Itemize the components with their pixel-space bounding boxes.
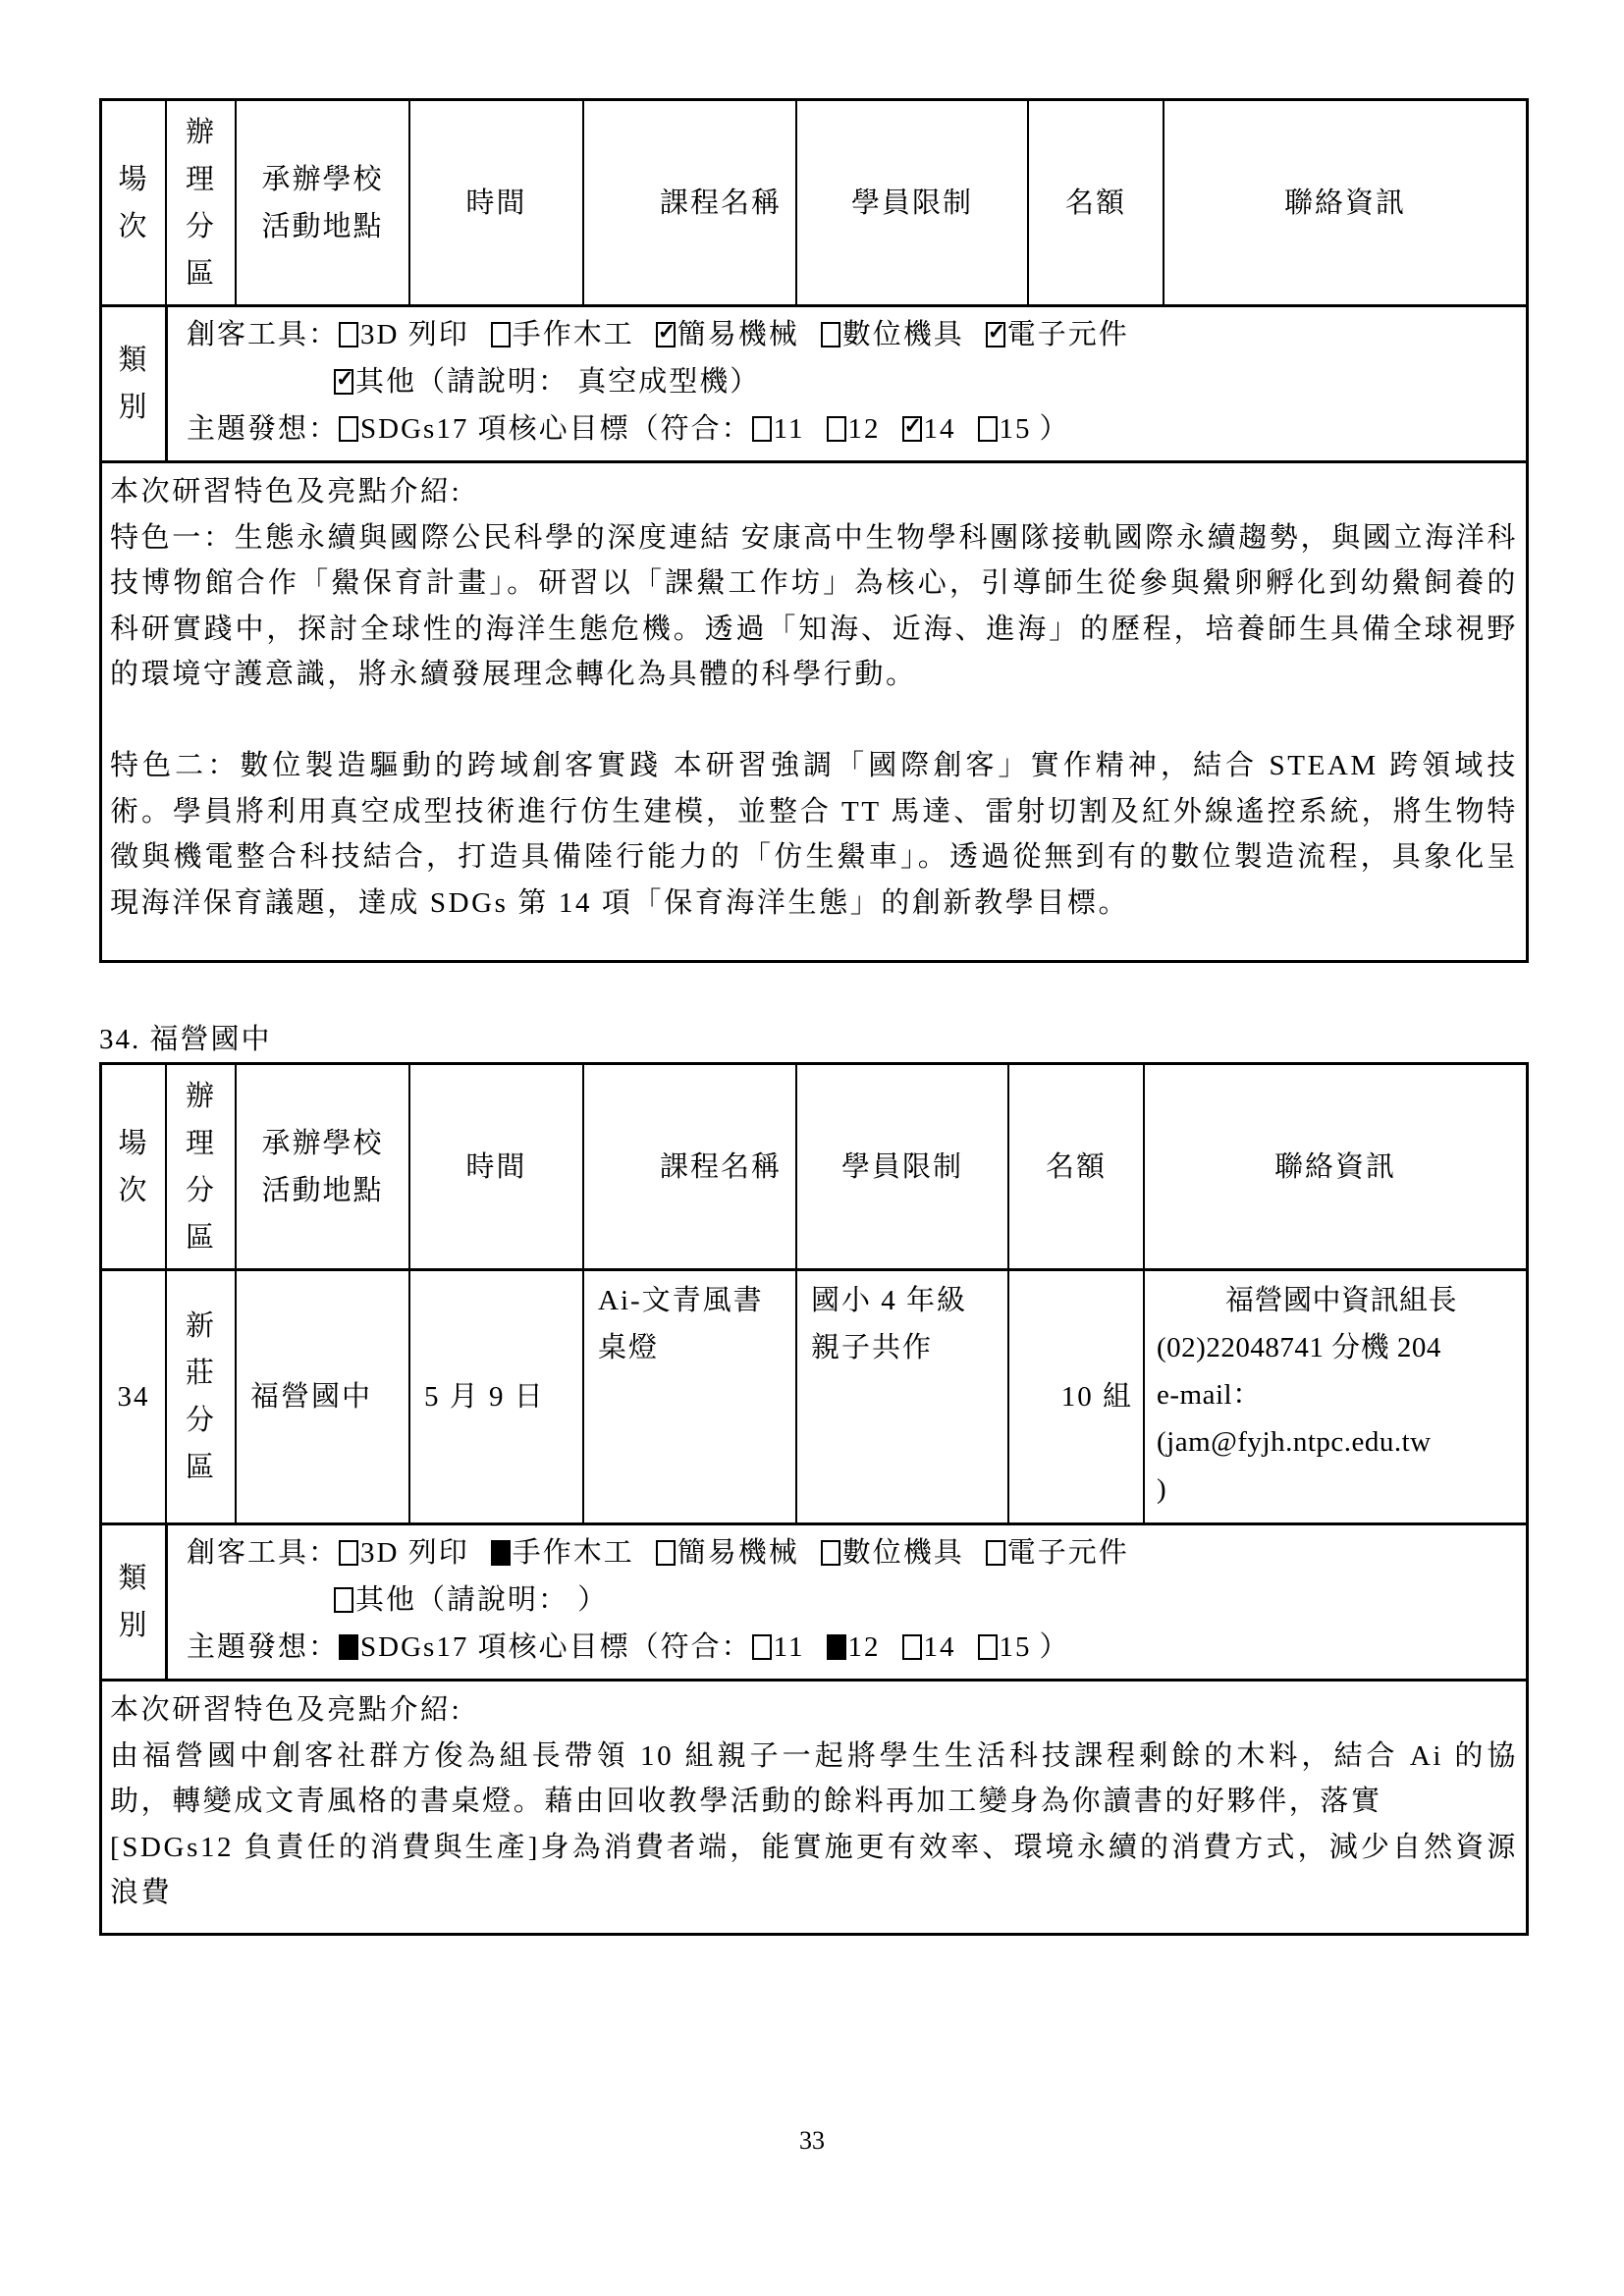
checkbox-sdg-15[interactable] — [978, 1634, 998, 1660]
header-school: 承辦學校 活動地點 — [237, 101, 410, 304]
checkbox-3d-printing[interactable] — [339, 322, 358, 347]
header-district: 辦 理 分 區 — [167, 101, 237, 304]
description-paragraph: 由福營國中創客社群方俊為組長帶領 10 組親子一起將學生生活科技課程剩餘的木料，… — [110, 1734, 1518, 1825]
header-contact: 聯絡資訊 — [1145, 1065, 1526, 1268]
header-line: 承辦學校 — [261, 156, 383, 203]
category-content: 創客工具：3D 列印手作木工簡易機械數位機具電子元件 其他（請說明： ） 主題發… — [167, 1525, 1526, 1679]
description-title: 本次研習特色及亮點介紹: — [110, 469, 1518, 515]
close-paren: ） — [1040, 1631, 1070, 1663]
contact-info: 福營國中資訊組長 (02)22048741 分機 204 e-mail： (ja… — [1145, 1271, 1526, 1522]
theme-label: 主題發想： — [187, 1631, 339, 1663]
course-name: Ai-文青風書 桌燈 — [584, 1271, 797, 1522]
checkbox-sdg-11[interactable] — [752, 416, 772, 442]
header-course-name: 課程名稱 — [584, 101, 797, 304]
checkbox-sdg-14[interactable] — [902, 416, 922, 442]
header-course-name: 課程名稱 — [584, 1065, 797, 1268]
checkbox-sdg-12[interactable] — [827, 416, 846, 442]
header-district: 辦 理 分 區 — [167, 1065, 237, 1268]
sdg-label: 14 — [924, 1631, 956, 1663]
course-table-2: 場 次 辦 理 分 區 承辦學校 活動地點 時間 課程名稱 學員限制 名額 聯絡… — [99, 1062, 1529, 1936]
header-char: 分 — [186, 1167, 216, 1214]
checkbox-3d-printing[interactable] — [339, 1540, 358, 1566]
header-char: 理 — [186, 156, 216, 203]
header-char: 分 — [186, 203, 216, 250]
header-char: 辦 — [186, 1073, 216, 1120]
school-name: 福營國中 — [237, 1271, 410, 1522]
category-label: 類 別 — [102, 1525, 167, 1679]
checkbox-sdgs[interactable] — [339, 1634, 358, 1660]
other-line: 其他（請說明： 真空成型機） — [187, 358, 1526, 405]
header-eligibility: 學員限制 — [797, 101, 1029, 304]
sdg-label: 12 — [848, 1631, 881, 1663]
checkbox-sdg-11[interactable] — [752, 1634, 772, 1660]
district-char: 新 — [186, 1303, 216, 1350]
tool-label: 簡易機械 — [677, 1537, 799, 1569]
district-char: 區 — [186, 1444, 216, 1491]
category-char: 別 — [118, 1602, 148, 1649]
contact-email-link[interactable]: (jam@fyjh.ntpc.edu.tw — [1157, 1418, 1432, 1466]
maker-tools-label: 創客工具： — [187, 1537, 339, 1569]
category-divider — [165, 1525, 168, 1679]
header-char: 區 — [186, 1214, 216, 1261]
header-quota: 名額 — [1009, 1065, 1145, 1268]
other-label: 其他（請說明： — [355, 366, 568, 398]
category-char: 別 — [118, 384, 148, 431]
maker-tools-label: 創客工具： — [187, 319, 339, 350]
theme-line: 主題發想：SDGs17 項核心目標（符合：11121415） — [187, 405, 1526, 453]
header-char: 區 — [186, 250, 216, 297]
checkbox-sdg-14[interactable] — [902, 1634, 922, 1660]
description-row: 本次研習特色及亮點介紹: 特色一：生態永續與國際公民科學的深度連結 安康高中生物… — [102, 463, 1526, 960]
checkbox-woodwork[interactable] — [491, 1540, 511, 1566]
checkbox-woodwork[interactable] — [491, 322, 511, 347]
header-char: 辦 — [186, 109, 216, 156]
description-text: 本次研習特色及亮點介紹: 特色一：生態永續與國際公民科學的深度連結 安康高中生物… — [102, 463, 1526, 926]
quota: 10 組 — [1009, 1271, 1145, 1522]
close-paren: ） — [730, 366, 760, 398]
header-line: 承辦學校 — [261, 1120, 383, 1167]
tool-label: 簡易機械 — [677, 319, 799, 350]
category-label: 類 別 — [102, 307, 167, 460]
other-line: 其他（請說明： ） — [187, 1576, 1526, 1624]
close-paren: ） — [1040, 413, 1070, 445]
sdg-label: 11 — [774, 413, 805, 445]
description-text: 本次研習特色及亮點介紹: 由福營國中創客社群方俊為組長帶領 10 組親子一起將學… — [102, 1682, 1526, 1916]
sdg-label: 15 — [1000, 413, 1032, 445]
contact-email-label: e-mail： — [1157, 1371, 1262, 1418]
checkbox-sdg-15[interactable] — [978, 416, 998, 442]
tool-label: 手作木工 — [513, 1537, 634, 1569]
checkbox-digital-machines[interactable] — [821, 1540, 840, 1566]
district-char: 分 — [186, 1397, 216, 1444]
category-char: 類 — [118, 1555, 148, 1602]
sdgs-label: SDGs17 項核心目標（符合： — [360, 1631, 752, 1663]
contact-title: 福營國中資訊組長 — [1157, 1277, 1457, 1324]
description-paragraph: [SDGs12 負責任的消費與生產]身為消費者端，能實施更有效率、環境永續的消費… — [110, 1825, 1518, 1916]
tool-label: 數位機具 — [842, 1537, 964, 1569]
checkbox-sdgs[interactable] — [339, 416, 358, 442]
table-header-row: 場 次 辦 理 分 區 承辦學校 活動地點 時間 課程名稱 學員限制 名額 聯絡… — [102, 1065, 1526, 1271]
header-char: 理 — [186, 1120, 216, 1167]
description-row: 本次研習特色及亮點介紹: 由福營國中創客社群方俊為組長帶領 10 組親子一起將學… — [102, 1682, 1526, 1933]
other-label: 其他（請說明： — [355, 1584, 568, 1616]
description-paragraph: 特色一：生態永續與國際公民科學的深度連結 安康高中生物學科團隊接軌國際永續趨勢，… — [110, 515, 1518, 698]
header-line: 活動地點 — [261, 1167, 383, 1214]
checkbox-sdg-12[interactable] — [827, 1634, 846, 1660]
header-school: 承辦學校 活動地點 — [237, 1065, 410, 1268]
tool-label: 電子元件 — [1007, 319, 1129, 350]
session-number: 34 — [102, 1271, 167, 1522]
header-quota: 名額 — [1029, 101, 1164, 304]
eligibility: 國小 4 年級 親子共作 — [797, 1271, 1009, 1522]
category-content: 創客工具：3D 列印手作木工簡易機械數位機具電子元件 其他（請說明： 真空成型機… — [167, 307, 1526, 460]
other-value — [568, 1584, 577, 1616]
checkbox-simple-machines[interactable] — [656, 1540, 676, 1566]
checkbox-other[interactable] — [334, 369, 353, 395]
contact-paren: ) — [1157, 1466, 1166, 1513]
maker-tools-line: 創客工具：3D 列印手作木工簡易機械數位機具電子元件 — [187, 311, 1526, 358]
header-char: 次 — [118, 1167, 148, 1214]
description-title: 本次研習特色及亮點介紹: — [110, 1687, 1518, 1734]
tool-label: 3D 列印 — [360, 1537, 469, 1569]
sdg-label: 11 — [774, 1631, 805, 1663]
district-char: 莊 — [186, 1350, 216, 1397]
checkbox-electronic-components[interactable] — [986, 322, 1005, 347]
header-session: 場 次 — [102, 101, 167, 304]
category-divider — [165, 307, 168, 460]
course-line: Ai-文青風書 — [598, 1277, 764, 1324]
category-char: 類 — [118, 337, 148, 384]
description-blank-line — [110, 698, 1518, 744]
theme-line: 主題發想：SDGs17 項核心目標（符合：11121415） — [187, 1624, 1526, 1671]
course-line: 桌燈 — [598, 1324, 659, 1371]
header-eligibility: 學員限制 — [797, 1065, 1009, 1268]
header-char: 次 — [118, 203, 148, 250]
category-row: 類 別 創客工具：3D 列印手作木工簡易機械數位機具電子元件 其他（請說明： ）… — [102, 1525, 1526, 1682]
course-table-1: 場 次 辦 理 分 區 承辦學校 活動地點 時間 課程名稱 學員限制 名額 聯絡… — [99, 98, 1529, 963]
sdg-label: 15 — [1000, 1631, 1032, 1663]
checkbox-other[interactable] — [334, 1587, 353, 1613]
maker-tools-line: 創客工具：3D 列印手作木工簡易機械數位機具電子元件 — [187, 1529, 1526, 1576]
header-time: 時間 — [410, 101, 584, 304]
theme-label: 主題發想： — [187, 413, 339, 445]
header-time: 時間 — [410, 1065, 584, 1268]
eligibility-line: 親子共作 — [811, 1324, 933, 1371]
header-contact: 聯絡資訊 — [1164, 101, 1526, 304]
table-header-row: 場 次 辦 理 分 區 承辦學校 活動地點 時間 課程名稱 學員限制 名額 聯絡… — [102, 101, 1526, 307]
sdg-label: 14 — [924, 413, 956, 445]
section-title: 34. 福營國中 — [99, 1017, 272, 1057]
date: 5 月 9 日 — [410, 1271, 584, 1522]
district: 新 莊 分 區 — [167, 1271, 237, 1522]
checkbox-simple-machines[interactable] — [656, 322, 676, 347]
header-char: 場 — [118, 1120, 148, 1167]
close-paren: ） — [577, 1584, 608, 1616]
sdg-label: 12 — [848, 413, 881, 445]
sdgs-label: SDGs17 項核心目標（符合： — [360, 413, 752, 445]
checkbox-digital-machines[interactable] — [821, 322, 840, 347]
page-number: 33 — [0, 2126, 1624, 2156]
header-line: 活動地點 — [261, 203, 383, 250]
eligibility-line: 國小 4 年級 — [811, 1277, 967, 1324]
header-session: 場 次 — [102, 1065, 167, 1268]
checkbox-electronic-components[interactable] — [986, 1540, 1005, 1566]
tool-label: 數位機具 — [842, 319, 964, 350]
table-row: 34 新 莊 分 區 福營國中 5 月 9 日 Ai-文青風書 桌燈 國小 4 … — [102, 1271, 1526, 1525]
tool-label: 手作木工 — [513, 319, 634, 350]
contact-phone: (02)22048741 分機 204 — [1157, 1324, 1441, 1371]
description-paragraph: 特色二：數位製造驅動的跨域創客實踐 本研習強調「國際創客」實作精神，結合 STE… — [110, 743, 1518, 926]
tool-label: 電子元件 — [1007, 1537, 1129, 1569]
tool-label: 3D 列印 — [360, 319, 469, 350]
other-value: 真空成型機 — [568, 366, 730, 398]
category-row: 類 別 創客工具：3D 列印手作木工簡易機械數位機具電子元件 其他（請說明： 真… — [102, 307, 1526, 463]
header-char: 場 — [118, 156, 148, 203]
